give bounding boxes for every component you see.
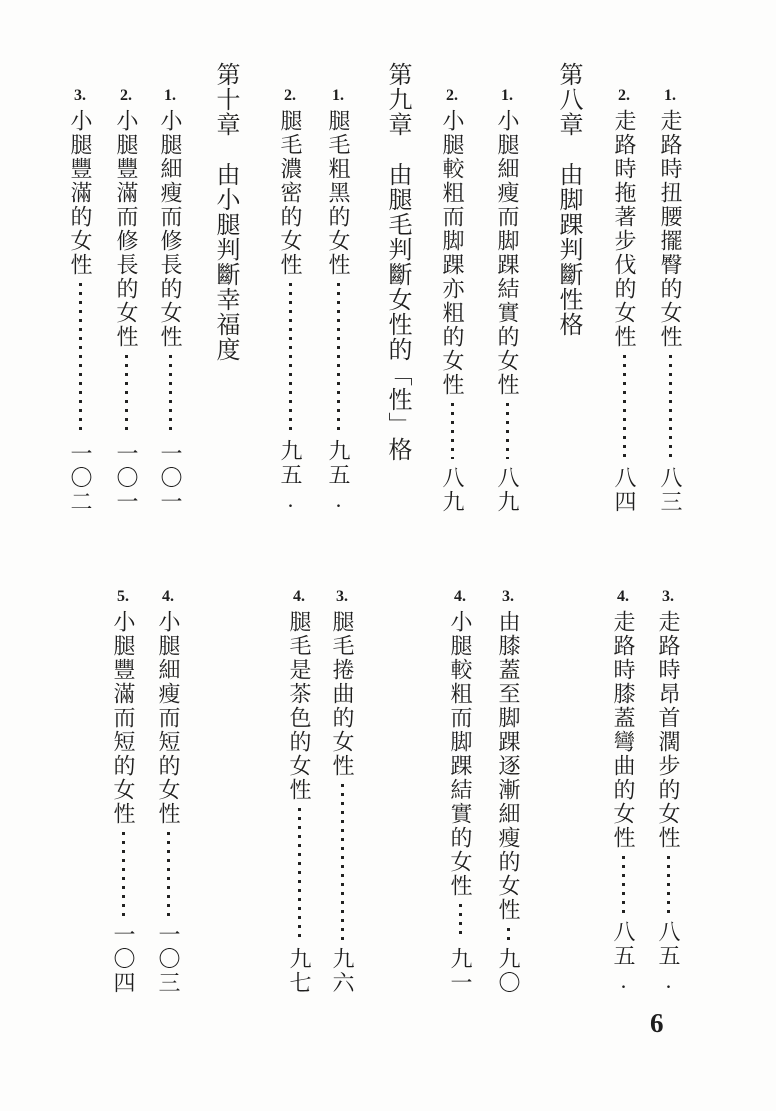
toc-entry-title: 走路時扭腰擺臀的女性 (659, 109, 681, 349)
toc-entry: 2. 小腿豐滿而修長的女性 一〇一 (106, 62, 146, 514)
dot-leader (341, 784, 344, 940)
toc-entry: 4. 腿毛是茶色的女性 九七 (279, 585, 319, 995)
chapter-heading-text: 第九章 由腿毛判斷女性的「性」格 (385, 62, 409, 462)
toc-entry-number: 4. (617, 589, 629, 605)
toc-entry-number: 2. (120, 88, 132, 104)
toc-entry-title: 由膝蓋至脚踝逐漸細瘦的女性 (497, 610, 519, 922)
dot-leader (669, 355, 672, 459)
dot-leader (459, 904, 462, 940)
toc-entry-page: 八九 (496, 466, 518, 514)
toc-entry-title: 小腿豐滿而修長的女性 (115, 109, 137, 349)
toc-entry: 3. 小腿豐滿的女性 一〇二 (60, 62, 100, 514)
toc-entry-page: 八四 (613, 466, 635, 514)
toc-entry-title: 小腿豐滿而短的女性 (112, 610, 134, 826)
toc-entry-number: 1. (664, 88, 676, 104)
dot-leader (337, 283, 340, 432)
toc-entry: 2. 小腿較粗而脚踝亦粗的女性 八九 (432, 62, 472, 514)
toc-entry-title: 小腿較粗而脚踝亦粗的女性 (441, 109, 463, 397)
dot-leader (167, 832, 170, 916)
toc-entry-page: 一〇三 (157, 923, 179, 995)
toc-entry: 3. 走路時昂首濶步的女性 八五. (648, 585, 688, 995)
folio-page-number: 6 (650, 1010, 664, 1037)
toc-entry-page: 八九 (441, 466, 463, 514)
chapter-heading-9: 第九章 由腿毛判斷女性的「性」格 (377, 62, 417, 514)
toc-entry: 4. 小腿較粗而脚踝結實的女性 九一 (440, 585, 480, 995)
toc-entry-title: 腿毛濃密的女性 (279, 109, 301, 277)
dot-leader (507, 928, 510, 940)
toc-entry-number: 5. (117, 589, 129, 605)
dot-leader (289, 283, 292, 432)
toc-entry: 4. 走路時膝蓋彎曲的女性 八五. (603, 585, 643, 995)
toc-entry: 1. 小腿細瘦而修長的女性 一〇一 (150, 62, 190, 514)
toc-entry-page: 九七 (288, 947, 310, 995)
dot-leader (79, 283, 82, 435)
toc-entry-number: 3. (74, 88, 86, 104)
toc-entry-page: 八五. (657, 920, 679, 995)
toc-entry: 5. 小腿豐滿而短的女性 一〇四 (103, 585, 143, 995)
toc-entry-title: 小腿豐滿的女性 (69, 109, 91, 277)
toc-entry: 3. 腿毛捲曲的女性 九六 (322, 585, 362, 995)
toc-entry-number: 3. (502, 589, 514, 605)
toc-entry-title: 腿毛捲曲的女性 (331, 610, 353, 778)
toc-entry-number: 2. (284, 88, 296, 104)
toc-entry-title: 小腿細瘦而修長的女性 (159, 109, 181, 349)
toc-entry-number: 2. (618, 88, 630, 104)
toc-entry-number: 4. (454, 589, 466, 605)
toc-entry-number: 1. (332, 88, 344, 104)
toc-entry-number: 1. (501, 88, 513, 104)
toc-entry-number: 4. (162, 589, 174, 605)
dot-leader (125, 355, 128, 435)
dot-leader (623, 355, 626, 459)
toc-entry-page: 一〇一 (159, 442, 181, 514)
toc-entry-number: 2. (446, 88, 458, 104)
dot-leader (622, 856, 625, 913)
toc-entry-page: 八三 (659, 466, 681, 514)
dot-leader (122, 832, 125, 916)
toc-upper-register: 1. 走路時扭腰擺臀的女性 八三 2. 走路時拖著步伐的女性 八四 第八章 由脚… (0, 62, 776, 514)
toc-entry-title: 小腿細瘦而短的女性 (157, 610, 179, 826)
toc-entry-number: 4. (293, 589, 305, 605)
toc-entry-page: 一〇二 (69, 442, 91, 514)
toc-entry: 1. 走路時扭腰擺臀的女性 八三 (650, 62, 690, 514)
toc-entry-page: 九六 (331, 947, 353, 995)
chapter-heading-8: 第八章 由脚踝判斷性格 (548, 62, 588, 514)
toc-entry-title: 腿毛是茶色的女性 (288, 610, 310, 802)
toc-entry: 4. 小腿細瘦而短的女性 一〇三 (148, 585, 188, 995)
toc-entry-page: 一〇一 (115, 442, 137, 514)
chapter-heading-10: 第十章 由小腿判斷幸福度 (205, 62, 245, 514)
toc-entry-page: 八五. (612, 920, 634, 995)
toc-entry-title: 走路時膝蓋彎曲的女性 (612, 610, 634, 850)
toc-entry-title: 走路時拖著步伐的女性 (613, 109, 635, 349)
toc-entry-title: 腿毛粗黑的女性 (327, 109, 349, 277)
toc-entry-title: 小腿較粗而脚踝結實的女性 (449, 610, 471, 898)
toc-lower-register: 3. 走路時昂首濶步的女性 八五. 4. 走路時膝蓋彎曲的女性 八五. 3. 由… (0, 585, 776, 995)
toc-entry: 2. 腿毛濃密的女性 九五. (270, 62, 310, 514)
toc-entry-title: 小腿細瘦而脚踝結實的女性 (496, 109, 518, 397)
dot-leader (506, 403, 509, 459)
toc-entry: 1. 腿毛粗黑的女性 九五. (318, 62, 358, 514)
toc-entry: 3. 由膝蓋至脚踝逐漸細瘦的女性 九〇 (488, 585, 528, 995)
toc-entry-number: 1. (164, 88, 176, 104)
toc-entry-page: 一〇四 (112, 923, 134, 995)
dot-leader (169, 355, 172, 435)
dot-leader (298, 808, 301, 940)
toc-entry-number: 3. (662, 589, 674, 605)
toc-entry-page: 九五. (327, 439, 349, 514)
toc-entry-page: 九一 (449, 947, 471, 995)
toc-entry-page: 九五. (279, 439, 301, 514)
chapter-heading-text: 第十章 由小腿判斷幸福度 (213, 62, 237, 362)
toc-entry: 1. 小腿細瘦而脚踝結實的女性 八九 (487, 62, 527, 514)
dot-leader (451, 403, 454, 459)
chapter-heading-text: 第八章 由脚踝判斷性格 (556, 62, 580, 337)
book-toc-page: 1. 走路時扭腰擺臀的女性 八三 2. 走路時拖著步伐的女性 八四 第八章 由脚… (0, 0, 776, 1111)
toc-entry: 2. 走路時拖著步伐的女性 八四 (604, 62, 644, 514)
dot-leader (667, 856, 670, 913)
toc-entry-page: 九〇 (497, 947, 519, 995)
toc-entry-title: 走路時昂首濶步的女性 (657, 610, 679, 850)
toc-entry-number: 3. (336, 589, 348, 605)
